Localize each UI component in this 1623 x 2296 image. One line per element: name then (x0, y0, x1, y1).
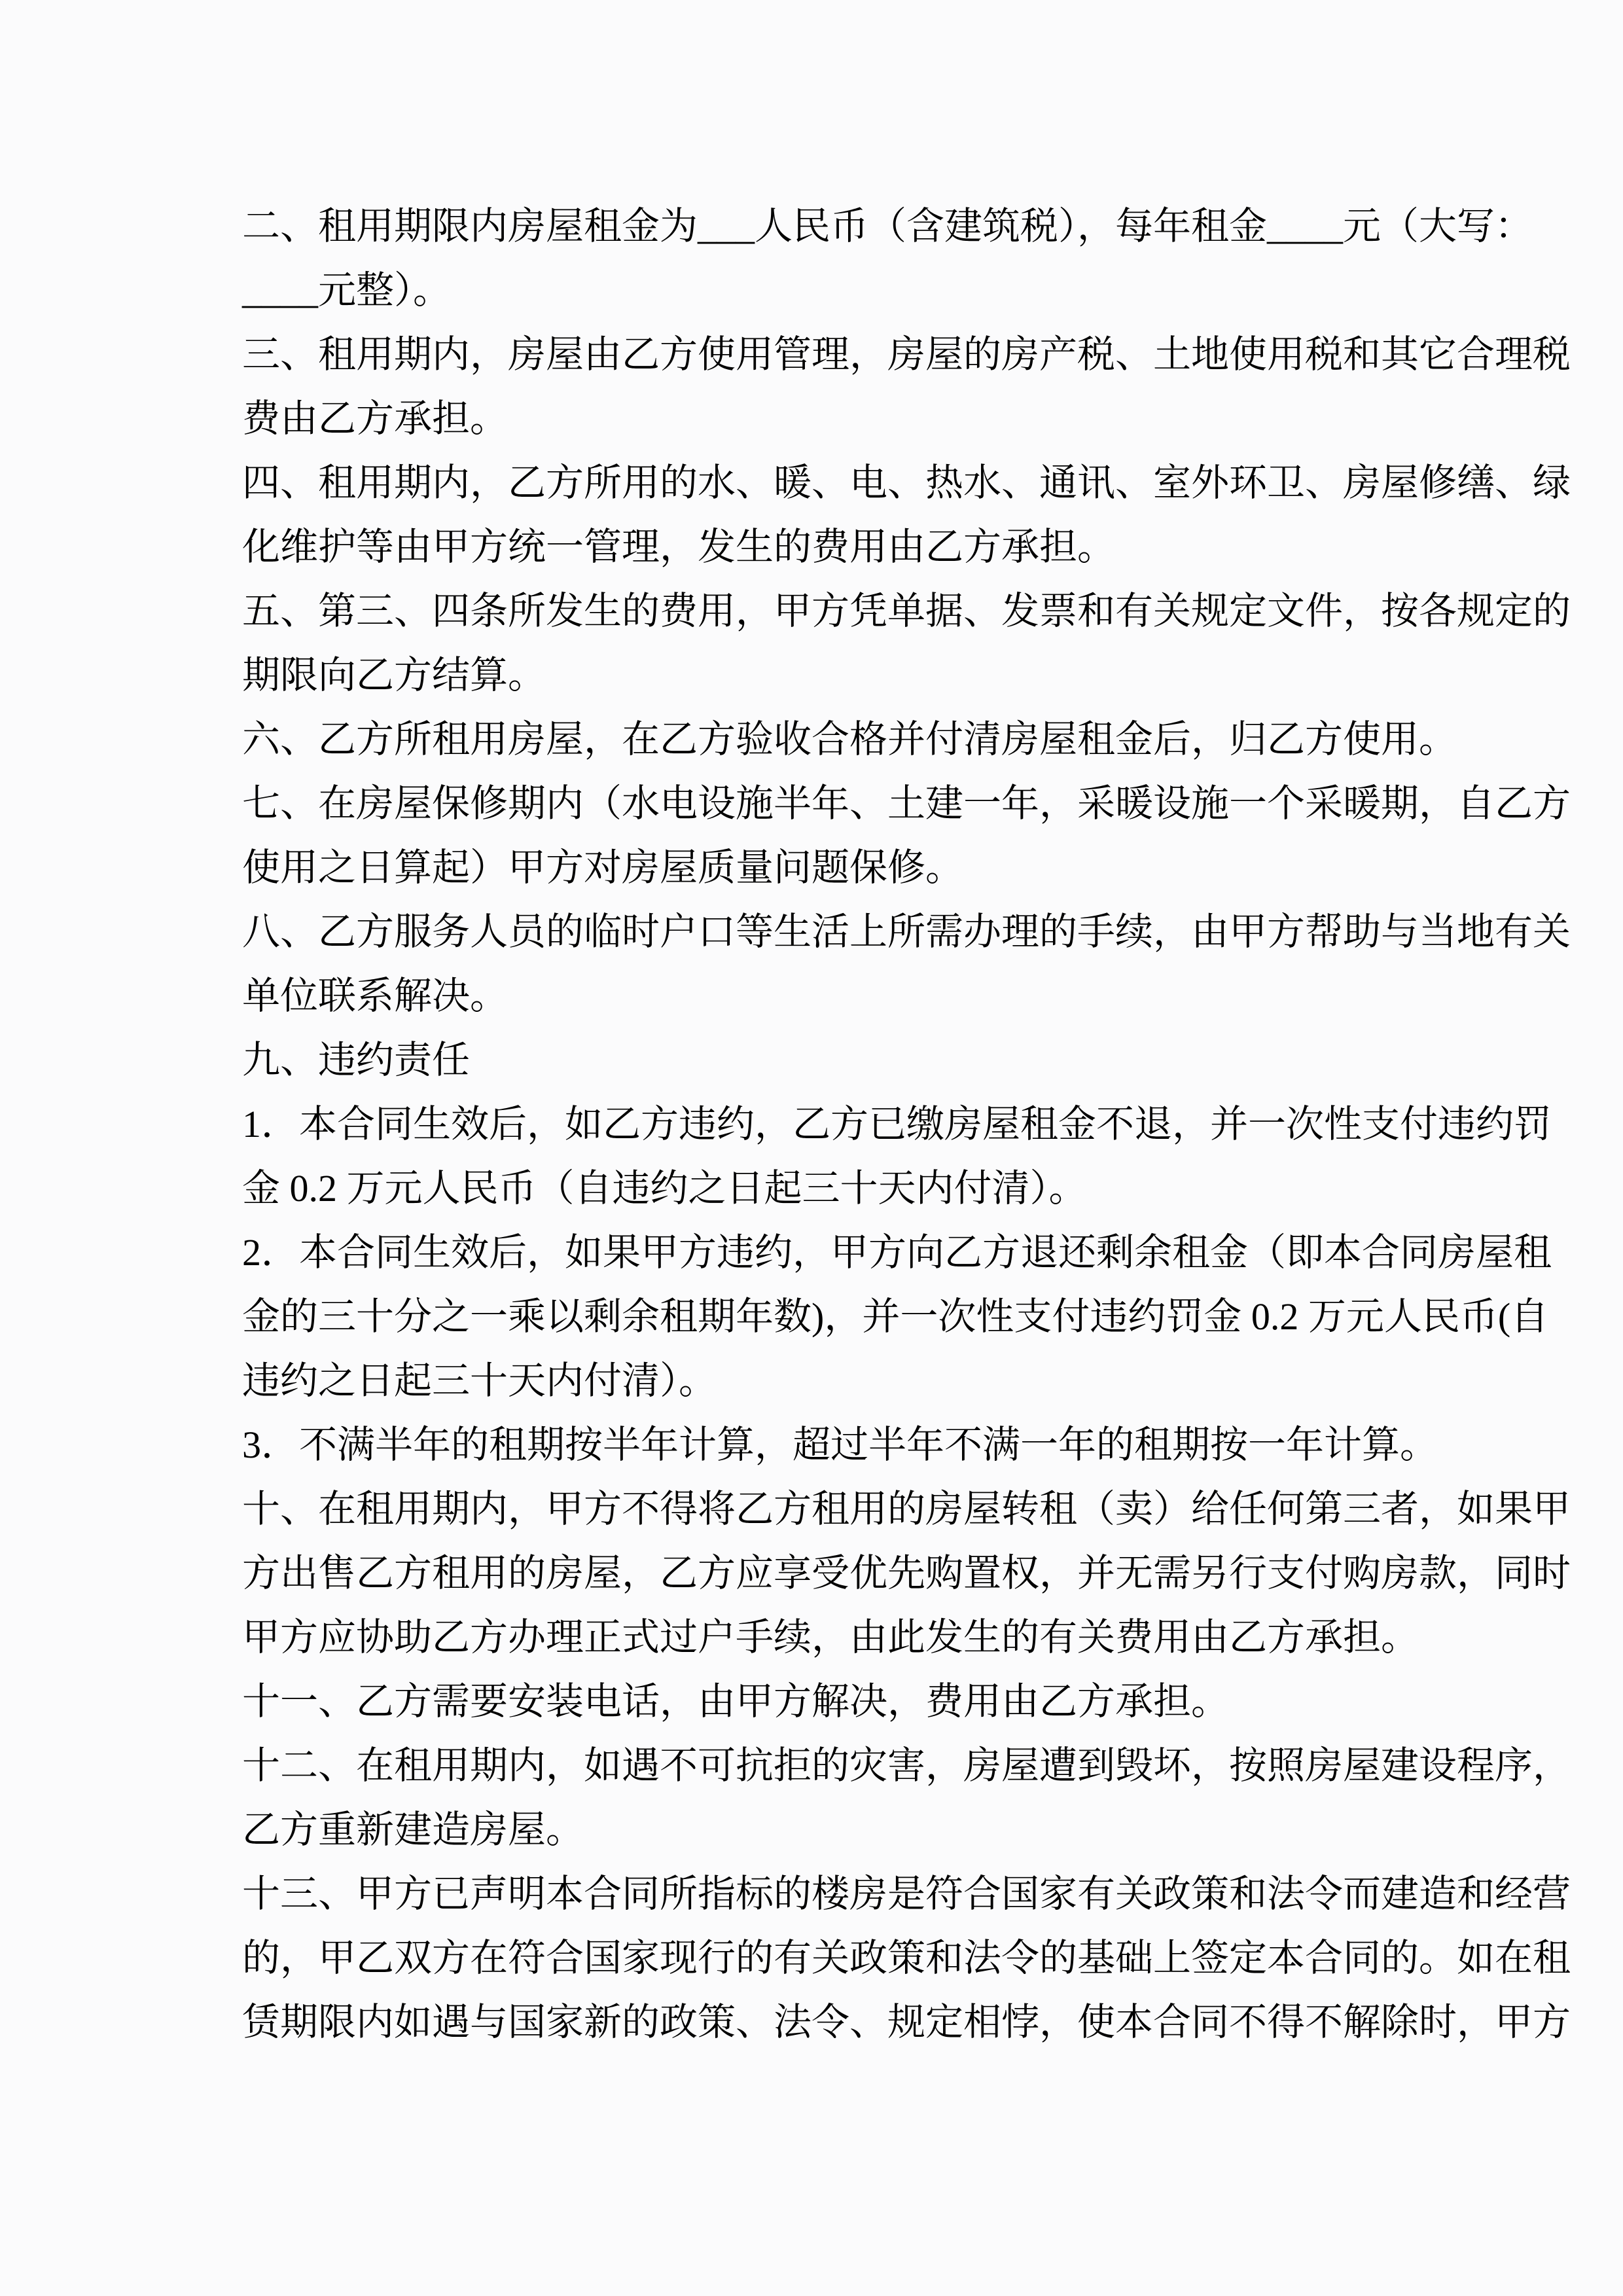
contract-line: 赁期限内如遇与国家新的政策、法令、规定相悖，使本合同不得不解除时，甲方 (242, 1990, 1420, 2054)
contract-line: 费由乙方承担。 (242, 387, 1420, 451)
contract-text-block: 二、租用期限内房屋租金为___人民币（含建筑税），每年租金____元（大写：__… (242, 194, 1420, 2054)
contract-line: 金的三十分之一乘以剩余租期年数)，并一次性支付违约罚金 0.2 万元人民币(自 (242, 1285, 1420, 1349)
contract-line: ____元整）。 (242, 259, 1420, 323)
contract-line: 九、违约责任 (242, 1028, 1420, 1092)
contract-line: 2．本合同生效后，如果甲方违约，甲方向乙方退还剩余租金（即本合同房屋租 (242, 1221, 1420, 1285)
contract-line: 十二、在租用期内，如遇不可抗拒的灾害，房屋遭到毁坏，按照房屋建设程序， (242, 1734, 1420, 1798)
contract-line: 甲方应协助乙方办理正式过户手续，由此发生的有关费用由乙方承担。 (242, 1605, 1420, 1670)
contract-line: 十一、乙方需要安装电话，由甲方解决，费用由乙方承担。 (242, 1670, 1420, 1734)
contract-line: 期限向乙方结算。 (242, 643, 1420, 708)
contract-line: 化维护等由甲方统一管理，发生的费用由乙方承担。 (242, 515, 1420, 579)
contract-line: 八、乙方服务人员的临时户口等生活上所需办理的手续，由甲方帮助与当地有关 (242, 900, 1420, 964)
contract-line: 六、乙方所租用房屋，在乙方验收合格并付清房屋租金后，归乙方使用。 (242, 708, 1420, 772)
contract-line: 四、租用期内，乙方所用的水、暖、电、热水、通讯、室外环卫、房屋修缮、绿 (242, 451, 1420, 515)
contract-line: 三、租用期内，房屋由乙方使用管理，房屋的房产税、土地使用税和其它合理税 (242, 323, 1420, 387)
contract-line: 方出售乙方租用的房屋，乙方应享受优先购置权，并无需另行支付购房款，同时 (242, 1541, 1420, 1605)
contract-line: 1．本合同生效后，如乙方违约，乙方已缴房屋租金不退，并一次性支付违约罚 (242, 1092, 1420, 1157)
contract-line: 七、在房屋保修期内（水电设施半年、土建一年，采暖设施一个采暖期，自乙方 (242, 772, 1420, 836)
contract-line: 3．不满半年的租期按半年计算，超过半年不满一年的租期按一年计算。 (242, 1413, 1420, 1477)
contract-line: 十、在租用期内，甲方不得将乙方租用的房屋转租（卖）给任何第三者，如果甲 (242, 1477, 1420, 1541)
contract-line: 违约之日起三十天内付清）。 (242, 1349, 1420, 1413)
contract-line: 使用之日算起）甲方对房屋质量问题保修。 (242, 836, 1420, 900)
contract-line: 十三、甲方已声明本合同所指标的楼房是符合国家有关政策和法令而建造和经营 (242, 1862, 1420, 1926)
document-page: 二、租用期限内房屋租金为___人民币（含建筑税），每年租金____元（大写：__… (0, 0, 1623, 2296)
contract-line: 金 0.2 万元人民币（自违约之日起三十天内付清）。 (242, 1157, 1420, 1221)
contract-line: 的，甲乙双方在符合国家现行的有关政策和法令的基础上签定本合同的。如在租 (242, 1926, 1420, 1990)
contract-line: 五、第三、四条所发生的费用，甲方凭单据、发票和有关规定文件，按各规定的 (242, 579, 1420, 643)
contract-line: 单位联系解决。 (242, 964, 1420, 1028)
contract-line: 二、租用期限内房屋租金为___人民币（含建筑税），每年租金____元（大写： (242, 194, 1420, 259)
contract-line: 乙方重新建造房屋。 (242, 1798, 1420, 1862)
